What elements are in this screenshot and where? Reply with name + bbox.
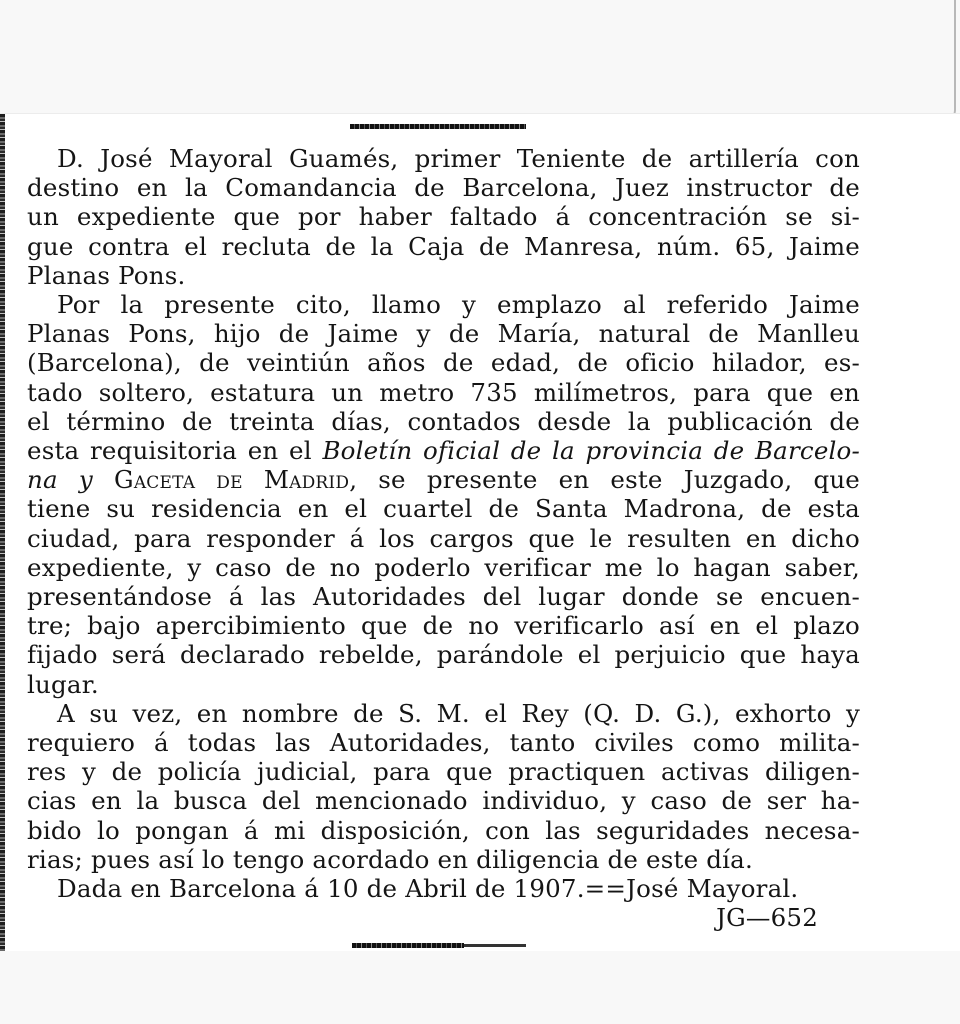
text-line: ciudad, para responder á los cargos que … — [27, 524, 860, 553]
text-line: rias; pues así lo tengo acordado en dili… — [27, 845, 860, 874]
top-gray-band — [0, 0, 960, 112]
text-line: destino en la Comandancia de Barcelona, … — [27, 173, 860, 202]
column-border — [0, 114, 5, 951]
window-edge — [944, 0, 956, 120]
text-line: el término de treinta días, contados des… — [27, 407, 860, 436]
text-line: Por la presente cito, llamo y emplazo al… — [27, 290, 860, 319]
text-line: presentándose á las Autoridades del luga… — [27, 582, 860, 611]
text-line: res y de policía judicial, para que prac… — [27, 757, 860, 786]
text-line: tiene su residencia en el cuartel de San… — [27, 494, 860, 523]
decorative-rule-bottom-tail — [464, 944, 526, 947]
text-line: bido lo pongan á mi disposición, con las… — [27, 816, 860, 845]
text-line: A su vez, en nombre de S. M. el Rey (Q. … — [27, 699, 860, 728]
bottom-gray-band — [0, 951, 960, 1024]
paragraph-3: A su vez, en nombre de S. M. el Rey (Q. … — [27, 699, 860, 874]
text-line: Planas Pons, hijo de Jaime y de María, n… — [27, 319, 860, 348]
text-line: fijado será declarado rebelde, parándole… — [27, 640, 860, 669]
paragraph-1: D. José Mayoral Guamés, primer Teniente … — [27, 144, 860, 290]
decorative-rule-bottom — [352, 943, 464, 948]
text-segment: esta requisitoria en el — [27, 436, 312, 465]
text-line: tre; bajo apercibimiento que de no verif… — [27, 611, 860, 640]
text-segment: , se presente en este Juzgado, que — [349, 465, 860, 494]
text-line: lugar. — [27, 670, 860, 699]
text-line: expediente, y caso de no poderlo verific… — [27, 553, 860, 582]
reference-code: JG—652 — [27, 903, 860, 932]
text-line: un expediente que por haber faltado á co… — [27, 202, 860, 231]
text-line: Planas Pons. — [27, 261, 860, 290]
signature-date-line: Dada en Barcelona á 10 de Abril de 1907.… — [27, 874, 860, 903]
paragraph-2: Por la presente cito, llamo y emplazo al… — [27, 290, 860, 699]
text-line: na y Gaceta de Madrid, se presente en es… — [27, 465, 860, 494]
text-line: requiero á todas las Autoridades, tanto … — [27, 728, 860, 757]
decorative-rule-top — [350, 124, 526, 129]
boletin-oficial-title: Boletín oficial de la provincia de Barce… — [322, 436, 860, 465]
text-line: cias en la busca del mencionado individu… — [27, 786, 860, 815]
text-line: tado soltero, estatura un metro 735 milí… — [27, 378, 860, 407]
text-line: gue contra el recluta de la Caja de Manr… — [27, 232, 860, 261]
text-segment: na y — [27, 465, 93, 494]
text-line: D. José Mayoral Guamés, primer Teniente … — [27, 144, 860, 173]
newspaper-clipping: D. José Mayoral Guamés, primer Teniente … — [0, 113, 960, 951]
gaceta-de-madrid-title: Gaceta de Madrid — [114, 465, 349, 494]
requisitoria-text: D. José Mayoral Guamés, primer Teniente … — [27, 144, 860, 932]
text-line: esta requisitoria en el Boletín oficial … — [27, 436, 860, 465]
text-line: (Barcelona), de veintiún años de edad, d… — [27, 348, 860, 377]
